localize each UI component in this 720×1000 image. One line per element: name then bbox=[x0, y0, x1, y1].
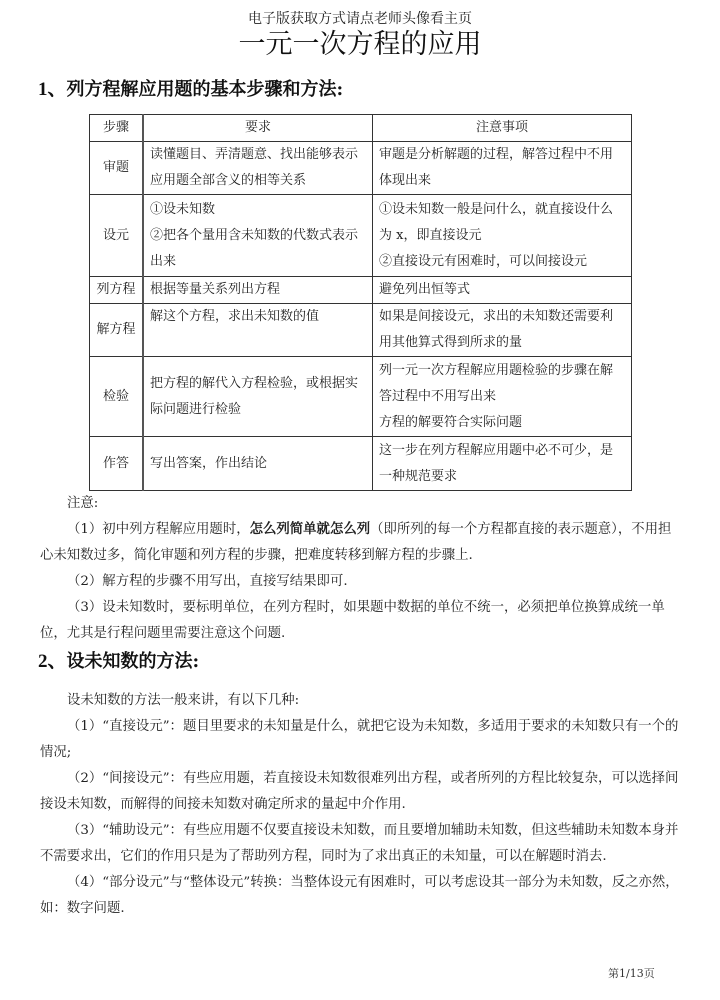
notes-line: 列一元一次方程解应用题检验的步骤在解答过程中不用写出来 bbox=[379, 358, 625, 410]
notes-cell: ①设未知数一般是问什么，就直接设什么为 x，即直接设元 ②直接设元有困难时，可以… bbox=[373, 195, 632, 277]
table-header-row: 步骤 要求 注意事项 bbox=[90, 115, 632, 142]
notes-line: 如果是间接设元，求出的未知数还需要利用其他算式得到所求的量 bbox=[379, 304, 625, 356]
notes-cell: 列一元一次方程解应用题检验的步骤在解答过程中不用写出来 方程的解要符合实际问题 bbox=[373, 357, 632, 437]
note-emphasis: 怎么列简单就怎么列 bbox=[250, 522, 371, 537]
requirement-line: ②把各个量用含未知数的代数式表示出来 bbox=[150, 223, 366, 275]
note-item: （2）解方程的步骤不用写出，直接写结果即可. bbox=[40, 569, 680, 595]
notes-cell: 如果是间接设元，求出的未知数还需要利用其他算式得到所求的量 bbox=[373, 304, 632, 357]
notes-label: 注意: bbox=[40, 491, 680, 517]
section2-number: 2、 bbox=[38, 651, 67, 672]
notes-block: 注意: （1）初中列方程解应用题时，怎么列简单就怎么列（即所列的每一个方程都直接… bbox=[40, 491, 680, 647]
section1-number: 1、 bbox=[38, 79, 67, 100]
notes-cell: 避免列出恒等式 bbox=[373, 277, 632, 304]
notes-line: 审题是分析解题的过程，解答过程中不用体现出来 bbox=[379, 142, 625, 194]
table-row: 审题 读懂题目、弄清题意、找出能够表示应用题全部含义的相等关系 审题是分析解题的… bbox=[90, 142, 632, 195]
requirement-line: 读懂题目、弄清题意、找出能够表示应用题全部含义的相等关系 bbox=[150, 142, 366, 194]
step-cell: 审题 bbox=[90, 142, 144, 195]
step-cell: 列方程 bbox=[90, 277, 144, 304]
step-cell: 检验 bbox=[90, 357, 144, 437]
table-row: 作答 写出答案，作出结论 这一步在列方程解应用题中必不可少，是一种规范要求 bbox=[90, 437, 632, 491]
methods-intro: 设未知数的方法一般来讲，有以下几种: bbox=[40, 688, 680, 714]
table-row: 解方程 解这个方程，求出未知数的值 如果是间接设元，求出的未知数还需要利用其他算… bbox=[90, 304, 632, 357]
step-cell: 作答 bbox=[90, 437, 144, 491]
method-item: （3）“辅助设元”：有些应用题不仅要直接设未知数，而且要增加辅助未知数，但这些辅… bbox=[40, 818, 680, 870]
table-row: 设元 ①设未知数 ②把各个量用含未知数的代数式表示出来 ①设未知数一般是问什么，… bbox=[90, 195, 632, 277]
note-text: （1）初中列方程解应用题时， bbox=[67, 522, 250, 537]
note-item: （1）初中列方程解应用题时，怎么列简单就怎么列（即所列的每一个方程都直接的表示题… bbox=[40, 517, 680, 569]
requirement-line: ①设未知数 bbox=[150, 197, 366, 223]
method-item: （4）“部分设元”与“整体设元”转换：当整体设元有困难时，可以考虑设其一部分为未… bbox=[40, 870, 680, 922]
requirement-cell: 把方程的解代入方程检验，或根据实际问题进行检验 bbox=[143, 357, 373, 437]
step-cell: 解方程 bbox=[90, 304, 144, 357]
section2-heading: 2、设未知数的方法: bbox=[38, 650, 199, 674]
notes-line: 避免列出恒等式 bbox=[379, 277, 625, 303]
requirement-cell: 根据等量关系列出方程 bbox=[143, 277, 373, 304]
header-note: 电子版获取方式请点老师头像看主页 bbox=[0, 10, 720, 28]
requirement-line: 解这个方程，求出未知数的值 bbox=[150, 304, 366, 330]
notes-line: ②直接设元有困难时，可以间接设元 bbox=[379, 249, 625, 275]
requirement-line: 把方程的解代入方程检验，或根据实际问题进行检验 bbox=[150, 371, 366, 423]
notes-line: ①设未知数一般是问什么，就直接设什么为 x，即直接设元 bbox=[379, 197, 625, 249]
table-row: 检验 把方程的解代入方程检验，或根据实际问题进行检验 列一元一次方程解应用题检验… bbox=[90, 357, 632, 437]
requirement-cell: 解这个方程，求出未知数的值 bbox=[143, 304, 373, 357]
step-cell: 设元 bbox=[90, 195, 144, 277]
requirement-cell: ①设未知数 ②把各个量用含未知数的代数式表示出来 bbox=[143, 195, 373, 277]
note-item: （3）设未知数时，要标明单位，在列方程时，如果题中数据的单位不统一，必须把单位换… bbox=[40, 595, 680, 647]
notes-cell: 审题是分析解题的过程，解答过程中不用体现出来 bbox=[373, 142, 632, 195]
steps-table: 步骤 要求 注意事项 审题 读懂题目、弄清题意、找出能够表示应用题全部含义的相等… bbox=[89, 114, 632, 491]
requirement-line: 根据等量关系列出方程 bbox=[150, 277, 366, 303]
header-notes: 注意事项 bbox=[373, 115, 632, 142]
notes-line: 这一步在列方程解应用题中必不可少，是一种规范要求 bbox=[379, 438, 625, 490]
requirement-line: 写出答案，作出结论 bbox=[150, 451, 366, 477]
requirement-cell: 写出答案，作出结论 bbox=[143, 437, 373, 491]
header-requirement: 要求 bbox=[143, 115, 373, 142]
notes-cell: 这一步在列方程解应用题中必不可少，是一种规范要求 bbox=[373, 437, 632, 491]
notes-line: 方程的解要符合实际问题 bbox=[379, 410, 625, 436]
section1-heading: 1、列方程解应用题的基本步骤和方法: bbox=[38, 78, 343, 102]
page-title: 一元一次方程的应用 bbox=[0, 28, 720, 62]
page-number: 第1/13页 bbox=[608, 965, 655, 981]
table-row: 列方程 根据等量关系列出方程 避免列出恒等式 bbox=[90, 277, 632, 304]
requirement-cell: 读懂题目、弄清题意、找出能够表示应用题全部含义的相等关系 bbox=[143, 142, 373, 195]
section1-heading-text: 列方程解应用题的基本步骤和方法: bbox=[67, 79, 344, 100]
header-step: 步骤 bbox=[90, 115, 144, 142]
methods-block: 设未知数的方法一般来讲，有以下几种: （1）“直接设元”：题目里要求的未知量是什… bbox=[40, 688, 680, 922]
method-item: （1）“直接设元”：题目里要求的未知量是什么，就把它设为未知数，多适用于要求的未… bbox=[40, 714, 680, 766]
method-item: （2）“间接设元”：有些应用题，若直接设未知数很难列出方程，或者所列的方程比较复… bbox=[40, 766, 680, 818]
section2-heading-text: 设未知数的方法: bbox=[67, 651, 200, 672]
